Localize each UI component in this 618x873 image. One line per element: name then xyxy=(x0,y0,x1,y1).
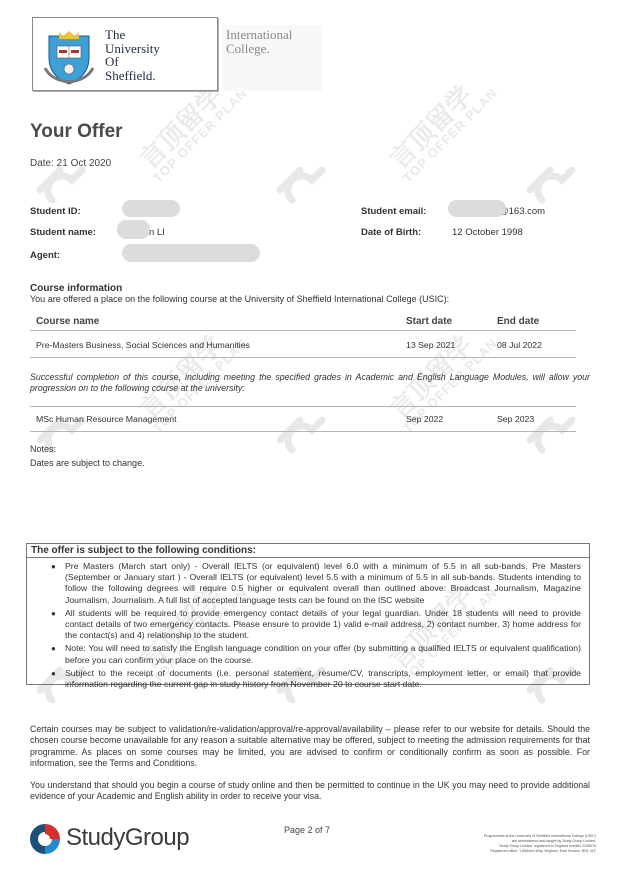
course-info-intro: You are offered a place on the following… xyxy=(30,294,449,304)
page-number: Page 2 of 7 xyxy=(284,825,330,835)
footer-legal: Programmes at the University of Sheffiel… xyxy=(396,834,596,854)
watermark-logo-icon xyxy=(270,150,334,214)
redaction-student-name xyxy=(117,220,150,239)
condition-text: Pre Masters (March start only) - Overall… xyxy=(65,561,581,605)
college-line: International xyxy=(226,28,292,42)
bullet-icon: ● xyxy=(51,561,56,572)
agent-label: Agent: xyxy=(30,250,60,261)
watermark-logo-icon xyxy=(520,400,584,464)
notes-text: Dates are subject to change. xyxy=(30,456,145,470)
condition-item: ● Note: You will need to satisfy the Eng… xyxy=(27,643,581,665)
bullet-icon: ● xyxy=(51,608,56,619)
dob-label: Date of Birth: xyxy=(361,227,421,238)
college-line: College. xyxy=(226,42,292,56)
watermark-en: TOP OFFER PLAN xyxy=(400,85,500,185)
condition-text: Subject to the receipt of documents (i.e… xyxy=(65,668,581,689)
student-name-label: Student name: xyxy=(30,227,96,238)
condition-item: ● Subject to the receipt of documents (i… xyxy=(27,668,581,690)
university-name: The University Of Sheffield. xyxy=(105,28,160,82)
student-name-value: n LI xyxy=(149,227,165,238)
studygroup-brand: StudyGroup xyxy=(66,824,189,852)
condition-item: ● Pre Masters (March start only) - Overa… xyxy=(27,561,581,606)
table-divider xyxy=(30,431,576,432)
bullet-icon: ● xyxy=(51,668,56,679)
offer-date: Date: 21 Oct 2020 xyxy=(30,158,111,169)
uni-line: The xyxy=(105,28,160,42)
visa-paragraph: You understand that should you begin a c… xyxy=(30,780,590,803)
student-email-label: Student email: xyxy=(361,206,426,217)
conditions-box: The offer is subject to the following co… xyxy=(26,543,590,685)
col-course-name: Course name xyxy=(36,316,99,327)
uni-line: University xyxy=(105,42,160,56)
table-divider xyxy=(30,406,576,407)
uni-line: Of xyxy=(105,55,160,69)
university-logo: The University Of Sheffield. xyxy=(32,17,218,91)
notes-label: Notes: xyxy=(30,442,145,456)
start-date-cell: 13 Sep 2021 xyxy=(406,340,455,350)
watermark-en: TOP OFFER PLAN xyxy=(150,85,250,185)
page-title: Your Offer xyxy=(30,121,123,143)
studygroup-mark-icon xyxy=(28,822,62,856)
bullet-icon: ● xyxy=(51,643,56,654)
legal-line: Registered office: 1 Billinton Way, Brig… xyxy=(396,849,596,854)
end-date-cell: 08 Jul 2022 xyxy=(497,340,542,350)
watermark-logo-icon xyxy=(520,150,584,214)
conditions-heading: The offer is subject to the following co… xyxy=(27,544,589,558)
course-name-cell: Pre-Masters Business, Social Sciences an… xyxy=(36,340,250,350)
condition-item: ● All students will be required to provi… xyxy=(27,608,581,642)
disclaimer-paragraph: Certain courses may be subject to valida… xyxy=(30,724,590,769)
col-start-date: Start date xyxy=(406,316,452,327)
condition-text: All students will be required to provide… xyxy=(65,608,581,640)
watermark-logo-icon xyxy=(270,400,334,464)
progression-end: Sep 2023 xyxy=(497,414,534,424)
course-info-heading: Course information xyxy=(30,283,122,294)
dob-value: 12 October 1998 xyxy=(452,227,523,238)
watermark-cn: 言顶留学 xyxy=(380,76,480,176)
conditions-list: ● Pre Masters (March start only) - Overa… xyxy=(27,558,589,690)
table-divider xyxy=(30,357,576,358)
col-end-date: End date xyxy=(497,316,539,327)
progression-start: Sep 2022 xyxy=(406,414,443,424)
redaction-email xyxy=(448,200,506,217)
uni-line: Sheffield. xyxy=(105,69,160,83)
progression-text: Successful completion of this course, in… xyxy=(30,372,590,394)
student-id-label: Student ID: xyxy=(30,206,81,217)
redaction-agent xyxy=(122,244,260,262)
watermark-cn: 言顶留学 xyxy=(130,76,230,176)
condition-text: Note: You will need to satisfy the Engli… xyxy=(65,643,581,664)
college-name: International College. xyxy=(226,28,292,56)
redaction-student-id xyxy=(122,200,180,217)
studygroup-logo: StudyGroup xyxy=(28,822,198,856)
progression-course-name: MSc Human Resource Management xyxy=(36,414,177,424)
notes: Notes: Dates are subject to change. xyxy=(30,442,145,470)
table-divider xyxy=(30,330,576,331)
university-crest-icon xyxy=(43,28,95,86)
